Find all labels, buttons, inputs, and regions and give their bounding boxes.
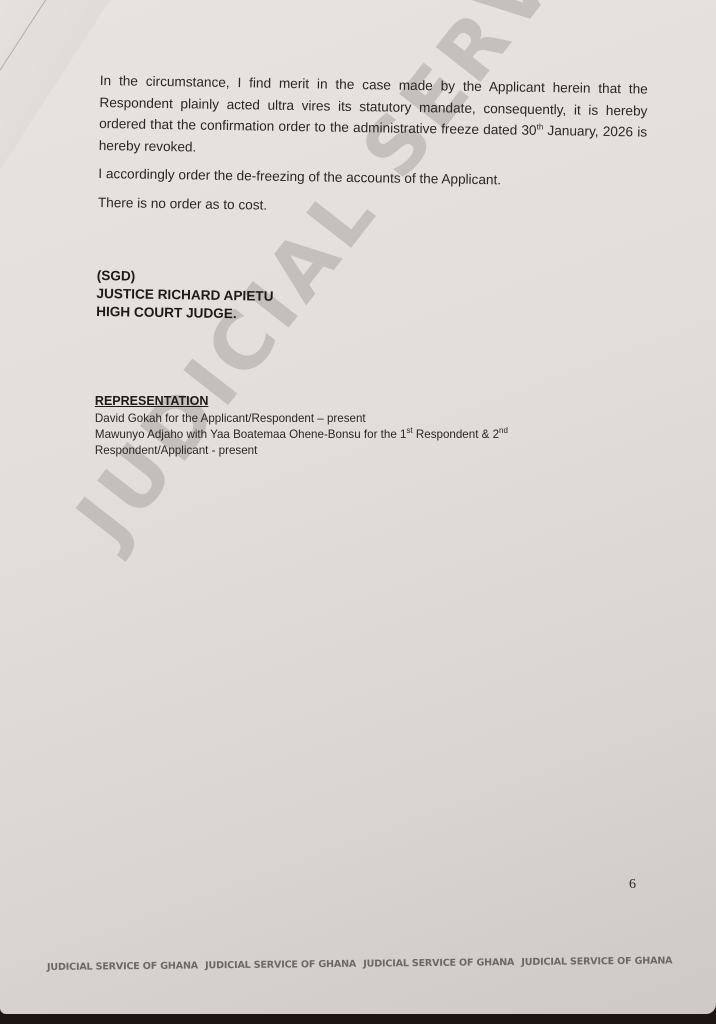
footer-text: JUDICIAL SERVICE OF GHANA — [47, 960, 198, 973]
document-page: JUDICIAL SERVICE In the circumstance, I … — [0, 0, 716, 1014]
representation-line-respondents-cont: Respondent/Applicant - present — [95, 443, 643, 459]
document-photo: JUDICIAL SERVICE In the circumstance, I … — [0, 0, 716, 1024]
representation-line-respondents: Mawunyo Adjaho with Yaa Boatemaa Ohene-B… — [95, 427, 643, 443]
document-body: In the circumstance, I find merit in the… — [94, 70, 648, 468]
representation-line-applicant: David Gokah for the Applicant/Respondent… — [95, 411, 643, 427]
folded-corner — [0, 0, 110, 170]
page-number: 6 — [629, 877, 636, 893]
footer-text: JUDICIAL SERVICE OF GHANA — [521, 955, 672, 968]
representation-heading: REPRESENTATION — [95, 393, 643, 409]
paragraph-defreeze-order: I accordingly order the de-freezing of t… — [98, 163, 646, 193]
paragraph-ruling: In the circumstance, I find merit in the… — [99, 70, 648, 165]
footer-banner: JUDICIAL SERVICE OF GHANA JUDICIAL SERVI… — [47, 955, 697, 973]
representation-section: REPRESENTATION David Gokah for the Appli… — [95, 393, 643, 459]
footer-text: JUDICIAL SERVICE OF GHANA — [363, 957, 514, 970]
signature-block: (SGD) JUSTICE RICHARD APIETU HIGH COURT … — [96, 267, 645, 330]
footer-text: JUDICIAL SERVICE OF GHANA — [205, 959, 356, 972]
paragraph-costs: There is no order as to cost. — [98, 191, 646, 221]
